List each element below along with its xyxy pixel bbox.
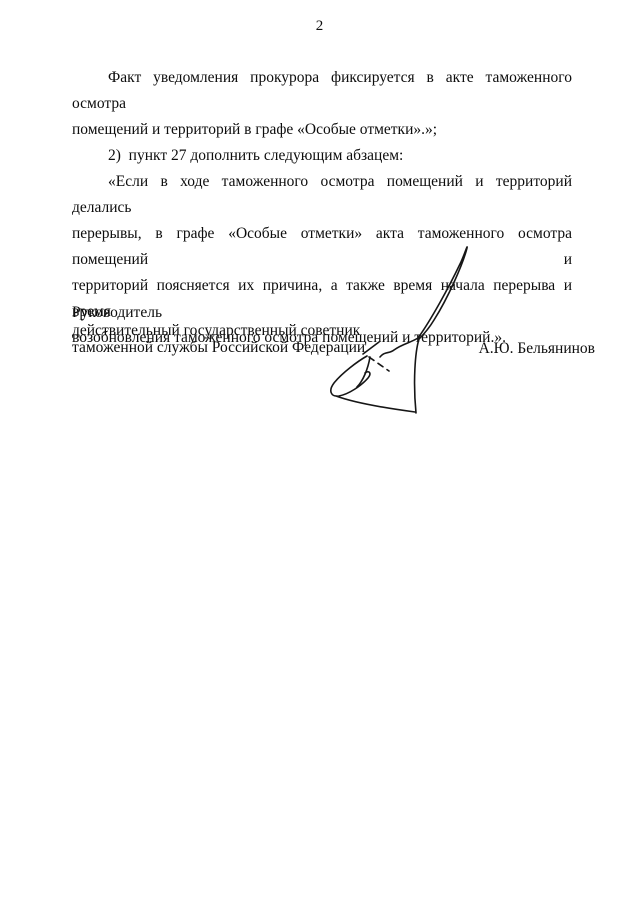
- paragraph-line: Факт уведомления прокурора фиксируется в…: [72, 65, 572, 117]
- handwritten-signature-icon: [315, 230, 485, 420]
- paragraph-line: «Если в ходе таможенного осмотра помещен…: [72, 169, 572, 221]
- paragraph-line: помещений и территорий в графе «Особые о…: [72, 117, 572, 143]
- signee-name: А.Ю. Бельянинов: [479, 340, 595, 358]
- page-number: 2: [0, 18, 640, 35]
- paragraph-line: 2) пункт 27 дополнить следующим абзацем:: [72, 143, 572, 169]
- paragraph: Факт уведомления прокурора фиксируется в…: [72, 65, 572, 143]
- document-page: 2 Факт уведомления прокурора фиксируется…: [0, 0, 640, 905]
- paragraph: 2) пункт 27 дополнить следующим абзацем:: [72, 143, 572, 169]
